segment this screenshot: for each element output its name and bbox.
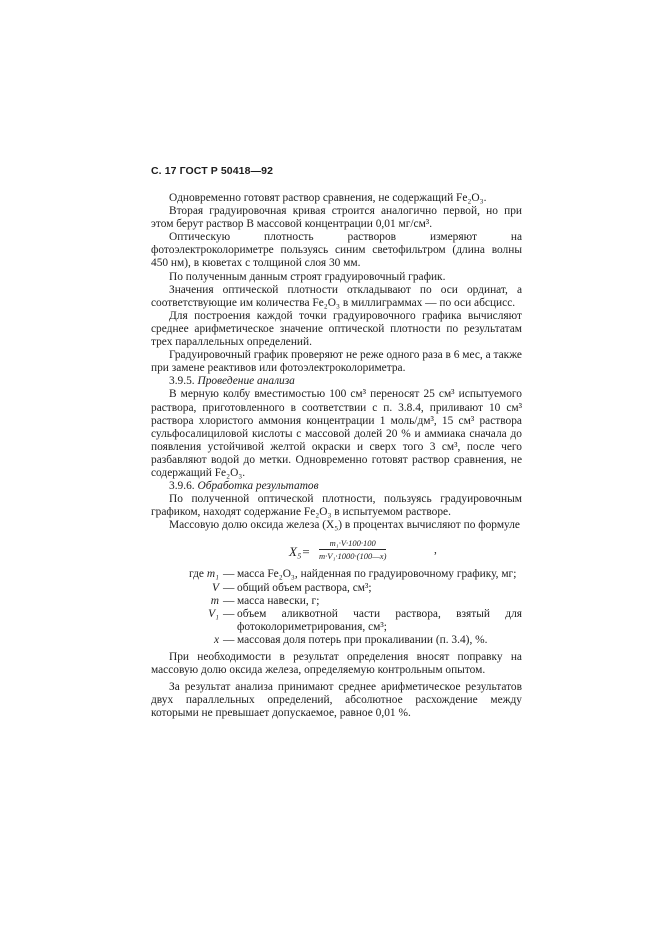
definition-text: общий объем раствора, см³;: [237, 582, 522, 595]
section-title: Проведение анализа: [198, 375, 295, 387]
definition-symbol: V: [151, 582, 223, 595]
definition-row: x — массовая доля потерь при прокаливани…: [151, 634, 522, 647]
paragraph: Вторая градуировочная кривая строится ан…: [151, 205, 522, 231]
definition-row: m — масса навески, г;: [151, 595, 522, 608]
definition-text: масса навески, г;: [237, 595, 522, 608]
where-label: где: [189, 568, 204, 580]
dash: —: [223, 568, 237, 581]
paragraph: Оптическую плотность растворов измеряют …: [151, 231, 522, 270]
dash: —: [223, 582, 237, 595]
document-page: С. 17 ГОСТ Р 50418—92 Одновременно готов…: [151, 165, 522, 720]
definition-text: масса Fe₂O₃, найденная по градуировочном…: [237, 568, 522, 581]
variable-definitions: где m₁ — масса Fe₂O₃, найденная по граду…: [151, 568, 522, 647]
page-header: С. 17 ГОСТ Р 50418—92: [151, 165, 522, 179]
formula-numerator: m₁·V·100·100: [319, 538, 386, 550]
definition-row: V₁ — объем аликвотной части раствора, вз…: [151, 608, 522, 634]
formula-comma: ,: [434, 544, 437, 556]
paragraph: Градуировочный график проверяют не реже …: [151, 349, 522, 375]
definition-row: где m₁ — масса Fe₂O₃, найденная по граду…: [151, 568, 522, 581]
dash: —: [223, 595, 237, 608]
formula-denominator: m·V₁·1000·(100—x): [319, 550, 386, 561]
dash: —: [223, 634, 237, 647]
paragraph: По полученным данным строят градуировочн…: [151, 271, 522, 284]
formula-fraction: m₁·V·100·100 m·V₁·1000·(100—x): [319, 538, 386, 561]
symbol: m₁: [207, 568, 219, 580]
definition-text: массовая доля потерь при прокаливании (п…: [237, 634, 522, 647]
section-title: Обработка результатов: [198, 480, 319, 492]
section-number: 3.9.5.: [169, 375, 195, 387]
paragraph: Одновременно готовят раствор сравнения, …: [151, 192, 522, 205]
formula-lhs: X₅=: [289, 544, 310, 560]
section-number: 3.9.6.: [169, 480, 195, 492]
definition-symbol: V₁: [151, 608, 223, 634]
paragraph: При необходимости в результат определени…: [151, 651, 522, 677]
section-heading-3-9-6: 3.9.6. Обработка результатов: [151, 480, 522, 493]
paragraph: Для построения каждой точки градуировочн…: [151, 310, 522, 349]
section-heading-3-9-5: 3.9.5. Проведение анализа: [151, 375, 522, 388]
paragraph: Значения оптической плотности откладываю…: [151, 284, 522, 310]
paragraph: Массовую долю оксида железа (X₅) в проце…: [151, 519, 522, 532]
definition-row: V — общий объем раствора, см³;: [151, 582, 522, 595]
paragraph: За результат анализа принимают среднее а…: [151, 681, 522, 720]
definition-symbol: x: [151, 634, 223, 647]
definition-symbol: где m₁: [151, 568, 223, 581]
formula: X₅= m₁·V·100·100 m·V₁·1000·(100—x) ,: [151, 538, 522, 564]
dash: —: [223, 608, 237, 634]
definition-symbol: m: [151, 595, 223, 608]
definition-text: объем аликвотной части раствора, взятый …: [237, 608, 522, 634]
paragraph: В мерную колбу вместимостью 100 см³ пере…: [151, 388, 522, 480]
paragraph: По полученной оптической плотности, поль…: [151, 493, 522, 519]
